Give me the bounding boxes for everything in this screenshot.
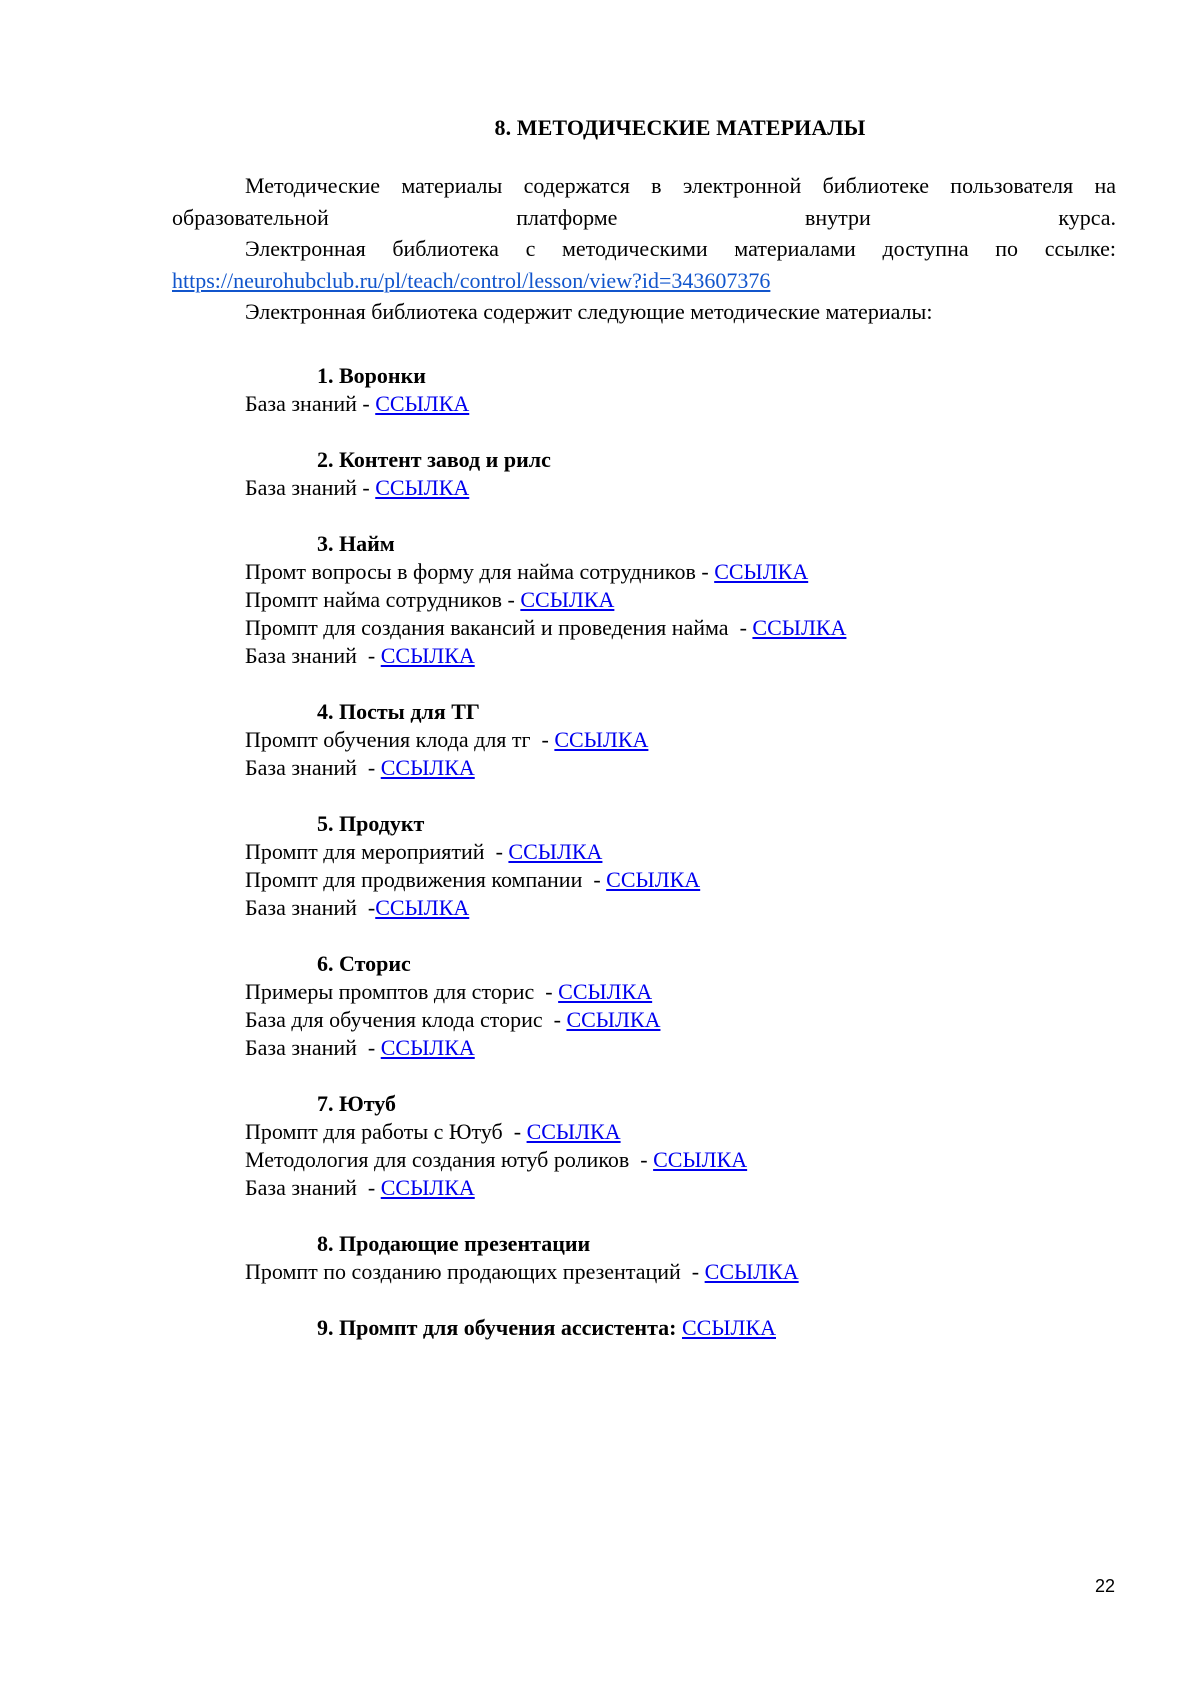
material-item: База знаний - ССЫЛКА (245, 1034, 846, 1062)
material-item: База знаний - ССЫЛКА (245, 754, 846, 782)
library-url-link[interactable]: https://neurohubclub.ru/pl/teach/control… (172, 268, 770, 293)
intro-paragraph-1: Методические материалы содержатся в элек… (172, 170, 1116, 233)
material-item-label: База знаний - (245, 895, 375, 920)
material-link[interactable]: ССЫЛКА (554, 727, 648, 752)
material-group-title: 2. Контент завод и рилс (245, 446, 846, 474)
material-link[interactable]: ССЫЛКА (375, 895, 469, 920)
material-group: 1. ВоронкиБаза знаний - ССЫЛКА (245, 362, 846, 418)
material-link[interactable]: ССЫЛКА (527, 1119, 621, 1144)
material-link[interactable]: ССЫЛКА (381, 1175, 475, 1200)
material-item-label: Промпт по созданию продающих презентаций… (245, 1259, 705, 1284)
material-group-title: 5. Продукт (245, 810, 846, 838)
material-item-label: Промпт найма сотрудников - (245, 587, 520, 612)
material-item: Промпт для продвижения компании - ССЫЛКА (245, 866, 846, 894)
assistant-prompt-link[interactable]: ССЫЛКА (682, 1315, 776, 1340)
material-group: 3. НаймПромт вопросы в форму для найма с… (245, 530, 846, 670)
section-title: 8. МЕТОДИЧЕСКИЕ МАТЕРИАЛЫ (0, 114, 1200, 142)
material-item: Методология для создания ютуб роликов - … (245, 1146, 846, 1174)
material-item: Промпт для создания вакансий и проведени… (245, 614, 846, 642)
material-item-label: База знаний - (245, 1035, 381, 1060)
material-item: Промпт по созданию продающих презентаций… (245, 1258, 846, 1286)
material-item: Промпт для мероприятий - ССЫЛКА (245, 838, 846, 866)
intro-paragraph-3: Электронная библиотека содержит следующи… (172, 296, 1116, 328)
materials-list: 1. ВоронкиБаза знаний - ССЫЛКА2. Контент… (245, 362, 846, 1370)
material-group-title: 8. Продающие презентации (245, 1230, 846, 1258)
material-item-label: База знаний - (245, 1175, 381, 1200)
material-item: База знаний - ССЫЛКА (245, 642, 846, 670)
material-item: База знаний - ССЫЛКА (245, 474, 846, 502)
material-item: Промпт для работы с Ютуб - ССЫЛКА (245, 1118, 846, 1146)
material-item-label: Промпт для создания вакансий и проведени… (245, 615, 752, 640)
material-link[interactable]: ССЫЛКА (381, 755, 475, 780)
material-link[interactable]: ССЫЛКА (375, 391, 469, 416)
material-group: 6. СторисПримеры промптов для сторис - С… (245, 950, 846, 1062)
material-group: 5. ПродуктПромпт для мероприятий - ССЫЛК… (245, 810, 846, 922)
material-item: База знаний -ССЫЛКА (245, 894, 846, 922)
material-group-final: 9. Промпт для обучения ассистента: ССЫЛК… (245, 1314, 846, 1342)
material-link[interactable]: ССЫЛКА (508, 839, 602, 864)
material-link[interactable]: ССЫЛКА (606, 867, 700, 892)
material-item: Промпт найма сотрудников - ССЫЛКА (245, 586, 846, 614)
material-link[interactable]: ССЫЛКА (381, 643, 475, 668)
material-item: База знаний - ССЫЛКА (245, 1174, 846, 1202)
material-group-title: 7. Ютуб (245, 1090, 846, 1118)
material-group: 4. Посты для ТГПромпт обучения клода для… (245, 698, 846, 782)
material-group-title: 1. Воронки (245, 362, 846, 390)
material-link[interactable]: ССЫЛКА (705, 1259, 799, 1284)
material-group-title: 6. Сторис (245, 950, 846, 978)
intro-paragraph-2: Электронная библиотека с методическими м… (172, 233, 1116, 265)
material-link[interactable]: ССЫЛКА (653, 1147, 747, 1172)
material-item-label: Методология для создания ютуб роликов - (245, 1147, 653, 1172)
material-group-title: 3. Найм (245, 530, 846, 558)
material-link[interactable]: ССЫЛКА (381, 1035, 475, 1060)
material-link[interactable]: ССЫЛКА (520, 587, 614, 612)
material-group: 2. Контент завод и рилсБаза знаний - ССЫ… (245, 446, 846, 502)
material-link[interactable]: ССЫЛКА (566, 1007, 660, 1032)
material-link[interactable]: ССЫЛКА (558, 979, 652, 1004)
intro-block: Методические материалы содержатся в элек… (172, 170, 1116, 328)
material-item-label: Промпт для мероприятий - (245, 839, 508, 864)
page-number: 22 (1095, 1575, 1115, 1597)
material-item-label: Промпт обучения клода для тг - (245, 727, 554, 752)
material-item-label: База знаний - (245, 755, 381, 780)
material-item-label: Промт вопросы в форму для найма сотрудни… (245, 559, 714, 584)
material-link[interactable]: ССЫЛКА (752, 615, 846, 640)
material-item-label: База знаний - (245, 643, 381, 668)
material-group-title: 4. Посты для ТГ (245, 698, 846, 726)
library-url-line: https://neurohubclub.ru/pl/teach/control… (172, 265, 1116, 297)
material-link[interactable]: ССЫЛКА (714, 559, 808, 584)
material-link[interactable]: ССЫЛКА (375, 475, 469, 500)
document-page: 8. МЕТОДИЧЕСКИЕ МАТЕРИАЛЫ Методические м… (0, 0, 1200, 1697)
material-item: База знаний - ССЫЛКА (245, 390, 846, 418)
material-item: Промт вопросы в форму для найма сотрудни… (245, 558, 846, 586)
material-item-label: Примеры промптов для сторис - (245, 979, 558, 1004)
material-group-title-text: 9. Промпт для обучения ассистента: (317, 1315, 682, 1340)
material-group-title: 9. Промпт для обучения ассистента: ССЫЛК… (245, 1314, 846, 1342)
material-item: Промпт обучения клода для тг - ССЫЛКА (245, 726, 846, 754)
material-item-label: Промпт для продвижения компании - (245, 867, 606, 892)
material-item-label: База знаний - (245, 391, 375, 416)
material-item-label: База знаний - (245, 475, 375, 500)
material-group: 8. Продающие презентацииПромпт по создан… (245, 1230, 846, 1286)
material-item: Примеры промптов для сторис - ССЫЛКА (245, 978, 846, 1006)
material-item-label: Промпт для работы с Ютуб - (245, 1119, 527, 1144)
material-group: 7. ЮтубПромпт для работы с Ютуб - ССЫЛКА… (245, 1090, 846, 1202)
material-item-label: База для обучения клода сторис - (245, 1007, 566, 1032)
material-item: База для обучения клода сторис - ССЫЛКА (245, 1006, 846, 1034)
